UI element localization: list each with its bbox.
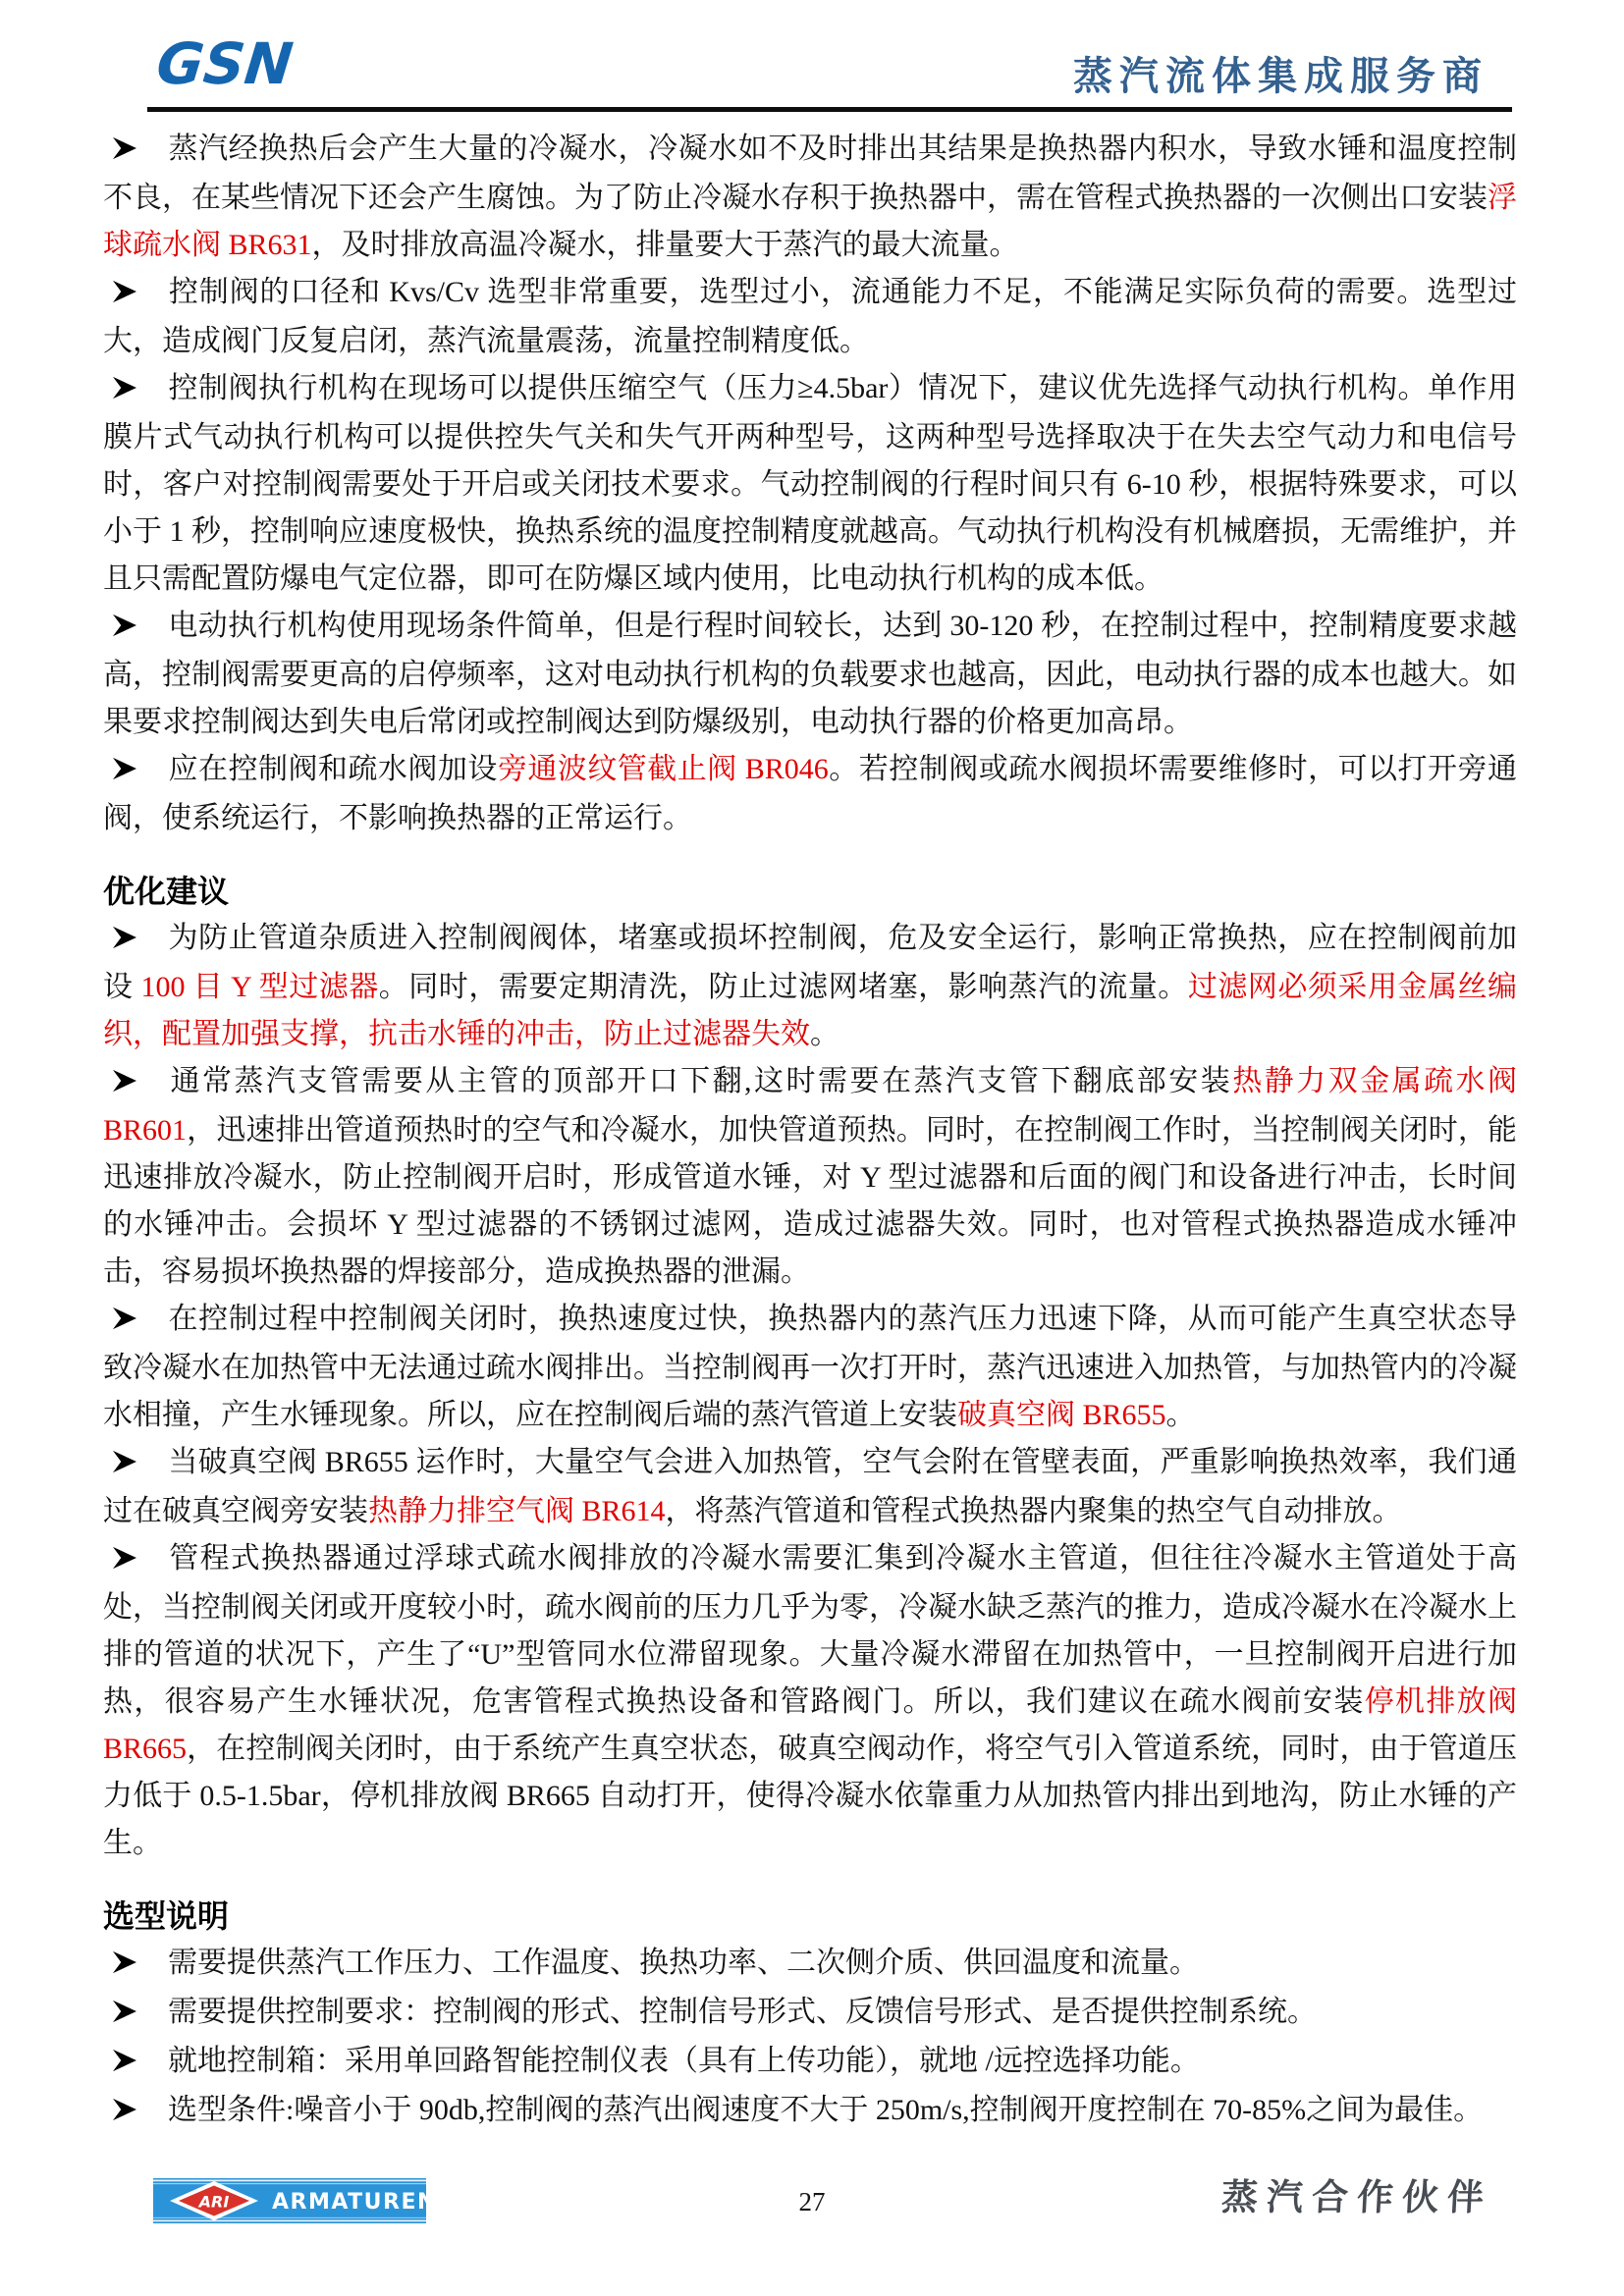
highlight-red-text: 破真空阀 BR655 [957, 1399, 1166, 1431]
document-page: { "header": { "logo_text": "GSN", "tagli… [0, 0, 1624, 2296]
body-text: 管程式换热器通过浮球式疏水阀排放的冷凝水需要汇集到冷凝水主管道，但往往冷凝水主管… [103, 1542, 1517, 1718]
paragraph: 控制阀执行机构在现场可以提供压缩空气（压力≥4.5bar）情况下，建议优先选择气… [103, 365, 1517, 603]
arrow-bullet-icon [111, 1060, 140, 1107]
highlight-red-text: 100 目 Y 型过滤器 [141, 971, 379, 1003]
arrow-bullet-icon [111, 1537, 140, 1584]
body-text: 选型条件:噪音小于 90db,控制阀的蒸汽出阀速度不大于 250m/s,控制阀开… [168, 2094, 1483, 2126]
body-text: 在控制过程中控制阀关闭时，换热速度过快，换热器内的蒸汽压力迅速下降，从而可能产生… [103, 1303, 1517, 1431]
body-text: ，将蒸汽管道和管程式换热器内聚集的热空气自动排放。 [666, 1495, 1402, 1527]
document-body: 蒸汽经换热后会产生大量的冷凝水，冷凝水如不及时排出其结果是换热器内积水，导致水锤… [103, 126, 1517, 2136]
arrow-bullet-icon [111, 1991, 140, 2038]
body-text: ，在控制阀关闭时，由于系统产生真空状态，破真空阀动作，将空气引入管道系统，同时，… [103, 1733, 1517, 1859]
paragraph: 管程式换热器通过浮球式疏水阀排放的冷凝水需要汇集到冷凝水主管道，但往往冷凝水主管… [103, 1535, 1517, 1867]
header-tagline: 蒸汽流体集成服务商 [1073, 57, 1489, 96]
body-text: 电动执行机构使用现场条件简单，但是行程时间较长，达到 30-120 秒，在控制过… [103, 610, 1517, 738]
paragraph: 蒸汽经换热后会产生大量的冷凝水，冷凝水如不及时排出其结果是换热器内积水，导致水锤… [103, 126, 1517, 269]
arrow-bullet-icon [111, 1441, 140, 1488]
paragraph: 通常蒸汽支管需要从主管的顶部开口下翻,这时需要在蒸汽支管下翻底部安装热静力双金属… [103, 1058, 1517, 1296]
section-heading: 选型说明 [103, 1893, 1517, 1940]
body-text: 蒸汽经换热后会产生大量的冷凝水，冷凝水如不及时排出其结果是换热器内积水，导致水锤… [103, 133, 1517, 214]
highlight-red-text: 热静力排空气阀 BR614 [368, 1495, 666, 1527]
body-text: ，迅速排出管道预热时的空气和冷凝水，加快管道预热。同时，在控制阀工作时，当控制阀… [103, 1114, 1517, 1288]
body-text: 应在控制阀和疏水阀加设 [168, 753, 498, 785]
header-divider [147, 107, 1512, 112]
body-text: 控制阀执行机构在现场可以提供压缩空气（压力≥4.5bar）情况下，建议优先选择气… [103, 372, 1517, 595]
arrow-bullet-icon [111, 367, 140, 414]
section-heading: 优化建议 [103, 868, 1517, 915]
highlight-red-text: 旁通波纹管截止阀 BR046 [498, 753, 829, 785]
paragraph: 控制阀的口径和 Kvs/Cv 选型非常重要，选型过小，流通能力不足，不能满足实际… [103, 269, 1517, 365]
paragraph: 就地控制箱：采用单回路智能控制仪表（具有上传功能），就地 /远控选择功能。 [103, 2038, 1517, 2087]
paragraph: 选型条件:噪音小于 90db,控制阀的蒸汽出阀速度不大于 250m/s,控制阀开… [103, 2087, 1517, 2136]
arrow-bullet-icon [111, 605, 140, 652]
arrow-bullet-icon [111, 2089, 140, 2136]
paragraph: 电动执行机构使用现场条件简单，但是行程时间较长，达到 30-120 秒，在控制过… [103, 603, 1517, 746]
paragraph: 应在控制阀和疏水阀加设旁通波纹管截止阀 BR046。若控制阀或疏水阀损坏需要维修… [103, 746, 1517, 842]
body-text: ，及时排放高温冷凝水，排量要大于蒸汽的最大流量。 [312, 229, 1019, 261]
body-text: 。 [1166, 1399, 1196, 1431]
paragraph: 在控制过程中控制阀关闭时，换热速度过快，换热器内的蒸汽压力迅速下降，从而可能产生… [103, 1296, 1517, 1439]
body-text: 需要提供蒸汽工作压力、工作温度、换热功率、二次侧介质、供回温度和流量。 [168, 1947, 1199, 1979]
arrow-bullet-icon [111, 1298, 140, 1345]
body-text: 就地控制箱：采用单回路智能控制仪表（具有上传功能），就地 /远控选择功能。 [168, 2045, 1200, 2077]
arrow-bullet-icon [111, 271, 140, 318]
body-text: 需要提供控制要求：控制阀的形式、控制信号形式、反馈信号形式、是否提供控制系统。 [168, 1996, 1317, 2028]
gsn-logo: GSN [154, 35, 296, 92]
paragraph: 需要提供蒸汽工作压力、工作温度、换热功率、二次侧介质、供回温度和流量。 [103, 1940, 1517, 1989]
arrow-bullet-icon [111, 128, 140, 175]
paragraph: 当破真空阀 BR655 运作时，大量空气会进入加热管，空气会附在管壁表面，严重影… [103, 1439, 1517, 1535]
body-text: 通常蒸汽支管需要从主管的顶部开口下翻,这时需要在蒸汽支管下翻底部安装 [168, 1065, 1232, 1097]
body-text: 控制阀的口径和 Kvs/Cv 选型非常重要，选型过小，流通能力不足，不能满足实际… [103, 276, 1517, 357]
body-text: 。同时，需要定期清洗，防止过滤网堵塞，影响蒸汽的流量。 [379, 971, 1188, 1003]
arrow-bullet-icon [111, 1942, 140, 1989]
paragraph: 需要提供控制要求：控制阀的形式、控制信号形式、反馈信号形式、是否提供控制系统。 [103, 1989, 1517, 2038]
arrow-bullet-icon [111, 917, 140, 964]
arrow-bullet-icon [111, 748, 140, 795]
footer-tagline: 蒸汽合作伙伴 [1220, 2175, 1493, 2218]
arrow-bullet-icon [111, 2040, 140, 2087]
body-text: 。 [810, 1018, 839, 1050]
paragraph: 为防止管道杂质进入控制阀阀体，堵塞或损坏控制阀，危及安全运行，影响正常换热，应在… [103, 915, 1517, 1058]
